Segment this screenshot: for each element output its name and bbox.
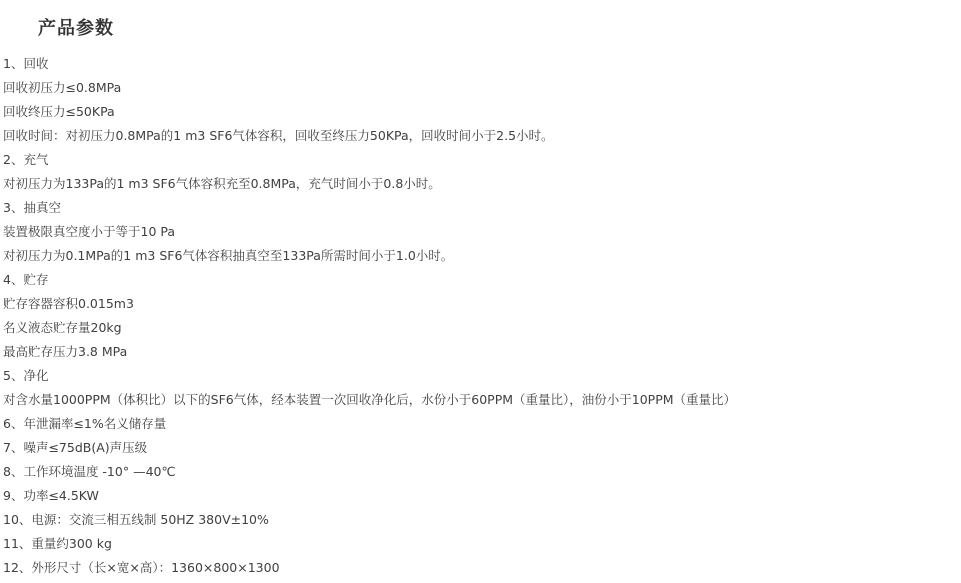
spec-line: 11、重量约300 kg bbox=[3, 532, 961, 556]
spec-line: 回收初压力≤0.8MPa bbox=[3, 76, 961, 100]
spec-line: 8、工作环境温度 -10° —40℃ bbox=[3, 460, 961, 484]
spec-line: 7、噪声≤75dB(A)声压级 bbox=[3, 436, 961, 460]
spec-line: 10、电源：交流三相五线制 50HZ 380V±10% bbox=[3, 508, 961, 532]
spec-list: 1、回收回收初压力≤0.8MPa回收终压力≤50KPa回收时间：对初压力0.8M… bbox=[3, 52, 961, 580]
spec-line: 回收终压力≤50KPa bbox=[3, 100, 961, 124]
spec-line: 2、充气 bbox=[3, 148, 961, 172]
spec-line: 最高贮存压力3.8 MPa bbox=[3, 340, 961, 364]
spec-line: 回收时间：对初压力0.8MPa的1 m3 SF6气体容积，回收至终压力50KPa… bbox=[3, 124, 961, 148]
spec-line: 4、贮存 bbox=[3, 268, 961, 292]
spec-line: 1、回收 bbox=[3, 52, 961, 76]
spec-line: 对初压力为0.1MPa的1 m3 SF6气体容积抽真空至133Pa所需时间小于1… bbox=[3, 244, 961, 268]
spec-line: 贮存容器容积0.015m3 bbox=[3, 292, 961, 316]
spec-line: 9、功率≤4.5KW bbox=[3, 484, 961, 508]
spec-line: 对初压力为133Pa的1 m3 SF6气体容积充至0.8MPa，充气时间小于0.… bbox=[3, 172, 961, 196]
spec-line: 装置极限真空度小于等于10 Pa bbox=[3, 220, 961, 244]
spec-line: 5、净化 bbox=[3, 364, 961, 388]
page-title: 产品参数 bbox=[0, 0, 961, 41]
spec-line: 对含水量1000PPM（体积比）以下的SF6气体，经本装置一次回收净化后，水份小… bbox=[3, 388, 961, 412]
spec-line: 名义液态贮存量20kg bbox=[3, 316, 961, 340]
spec-line: 3、抽真空 bbox=[3, 196, 961, 220]
spec-line: 12、外形尺寸（长×宽×高）：1360×800×1300 bbox=[3, 556, 961, 580]
spec-line: 6、年泄漏率≤1%名义储存量 bbox=[3, 412, 961, 436]
product-parameters-page: 产品参数 1、回收回收初压力≤0.8MPa回收终压力≤50KPa回收时间：对初压… bbox=[0, 0, 961, 583]
